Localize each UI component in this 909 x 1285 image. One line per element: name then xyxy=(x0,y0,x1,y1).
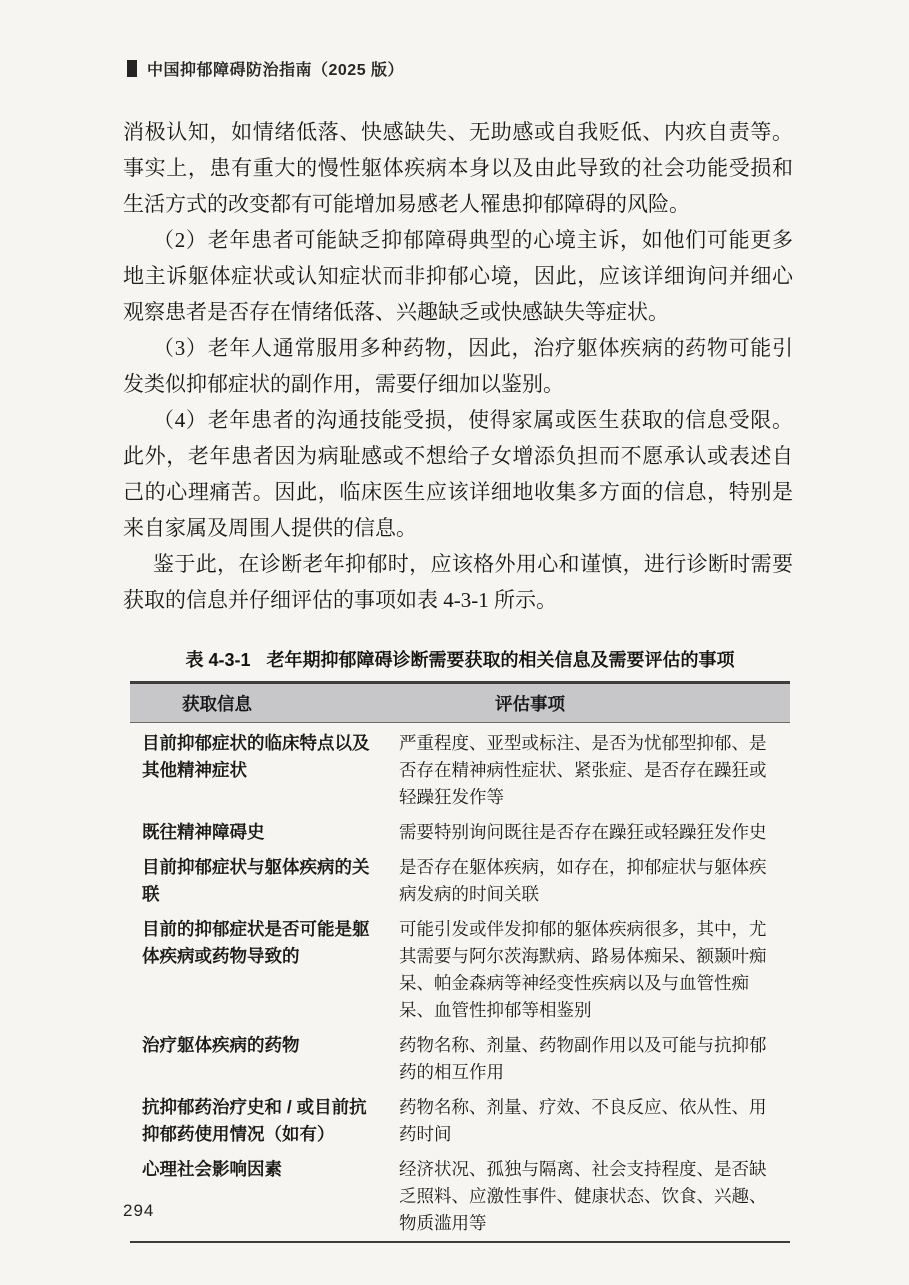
table-row: 心理社会影响因素 经济状况、孤独与隔离、社会支持程度、是否缺乏照料、应激性事件、… xyxy=(130,1152,790,1242)
cell-info: 抗抑郁药治疗史和 / 或目前抗抑郁药使用情况（如有） xyxy=(130,1090,387,1152)
table-row: 目前抑郁症状的临床特点以及其他精神症状 严重程度、亚型或标注、是否为忧郁型抑郁、… xyxy=(130,723,790,816)
table-row: 治疗躯体疾病的药物 药物名称、剂量、药物副作用以及可能与抗抑郁药的相互作用 xyxy=(130,1028,790,1090)
running-header: 中国抑郁障碍防治指南（2025 版） xyxy=(127,57,404,80)
data-table: 获取信息 评估事项 目前抑郁症状的临床特点以及其他精神症状 严重程度、亚型或标注… xyxy=(130,681,790,1243)
cell-assessment: 严重程度、亚型或标注、是否为忧郁型抑郁、是否存在精神病性症状、紧张症、是否存在躁… xyxy=(387,723,790,816)
table-row: 既往精神障碍史 需要特别询问既往是否存在躁狂或轻躁狂发作史 xyxy=(130,815,790,850)
page-content: 消极认知，如情绪低落、快感缺失、无助感或自我贬低、内疚自责等。事实上，患有重大的… xyxy=(123,114,793,1243)
body-paragraph: （4）老年患者的沟通技能受损，使得家属或医生获取的信息受限。此外，老年患者因为病… xyxy=(123,402,793,546)
cell-assessment: 可能引发或伴发抑郁的躯体疾病很多，其中，尤其需要与阿尔茨海默病、路易体痴呆、额颞… xyxy=(387,912,790,1028)
table-header-row: 获取信息 评估事项 xyxy=(130,683,790,723)
table-number: 表 4-3-1 xyxy=(185,650,250,670)
cell-info: 目前抑郁症状与躯体疾病的关联 xyxy=(130,850,387,912)
document-page: 中国抑郁障碍防治指南（2025 版） 消极认知，如情绪低落、快感缺失、无助感或自… xyxy=(0,0,909,1285)
cell-info: 治疗躯体疾病的药物 xyxy=(130,1028,387,1090)
section-marker-icon xyxy=(127,60,137,77)
table-caption: 表 4-3-1老年期抑郁障碍诊断需要获取的相关信息及需要评估的事项 xyxy=(130,648,790,672)
table-row: 抗抑郁药治疗史和 / 或目前抗抑郁药使用情况（如有） 药物名称、剂量、疗效、不良… xyxy=(130,1090,790,1152)
table-title: 老年期抑郁障碍诊断需要获取的相关信息及需要评估的事项 xyxy=(267,650,735,670)
cell-info: 心理社会影响因素 xyxy=(130,1152,387,1242)
cell-assessment: 经济状况、孤独与隔离、社会支持程度、是否缺乏照料、应激性事件、健康状态、饮食、兴… xyxy=(387,1152,790,1242)
body-paragraph: （3）老年人通常服用多种药物，因此，治疗躯体疾病的药物可能引发类似抑郁症状的副作… xyxy=(123,330,793,402)
cell-info: 目前抑郁症状的临床特点以及其他精神症状 xyxy=(130,723,387,816)
body-paragraph: 消极认知，如情绪低落、快感缺失、无助感或自我贬低、内疚自责等。事实上，患有重大的… xyxy=(123,114,793,222)
cell-info: 目前的抑郁症状是否可能是躯体疾病或药物导致的 xyxy=(130,912,387,1028)
table-row: 目前抑郁症状与躯体疾病的关联 是否存在躯体疾病，如存在，抑郁症状与躯体疾病发病的… xyxy=(130,850,790,912)
table-row: 目前的抑郁症状是否可能是躯体疾病或药物导致的 可能引发或伴发抑郁的躯体疾病很多，… xyxy=(130,912,790,1028)
cell-assessment: 药物名称、剂量、疗效、不良反应、依从性、用药时间 xyxy=(387,1090,790,1152)
cell-info: 既往精神障碍史 xyxy=(130,815,387,850)
page-number: 294 xyxy=(123,1201,154,1221)
body-paragraph: 鉴于此，在诊断老年抑郁时，应该格外用心和谨慎，进行诊断时需要获取的信息并仔细评估… xyxy=(123,546,793,618)
cell-assessment: 药物名称、剂量、药物副作用以及可能与抗抑郁药的相互作用 xyxy=(387,1028,790,1090)
cell-assessment: 需要特别询问既往是否存在躁狂或轻躁狂发作史 xyxy=(387,815,790,850)
body-paragraph: （2）老年患者可能缺乏抑郁障碍典型的心境主诉，如他们可能更多地主诉躯体症状或认知… xyxy=(123,222,793,330)
cell-assessment: 是否存在躯体疾病，如存在，抑郁症状与躯体疾病发病的时间关联 xyxy=(387,850,790,912)
column-header-info: 获取信息 xyxy=(130,683,387,723)
book-title: 中国抑郁障碍防治指南（2025 版） xyxy=(147,57,404,80)
column-header-assessment: 评估事项 xyxy=(387,683,790,723)
